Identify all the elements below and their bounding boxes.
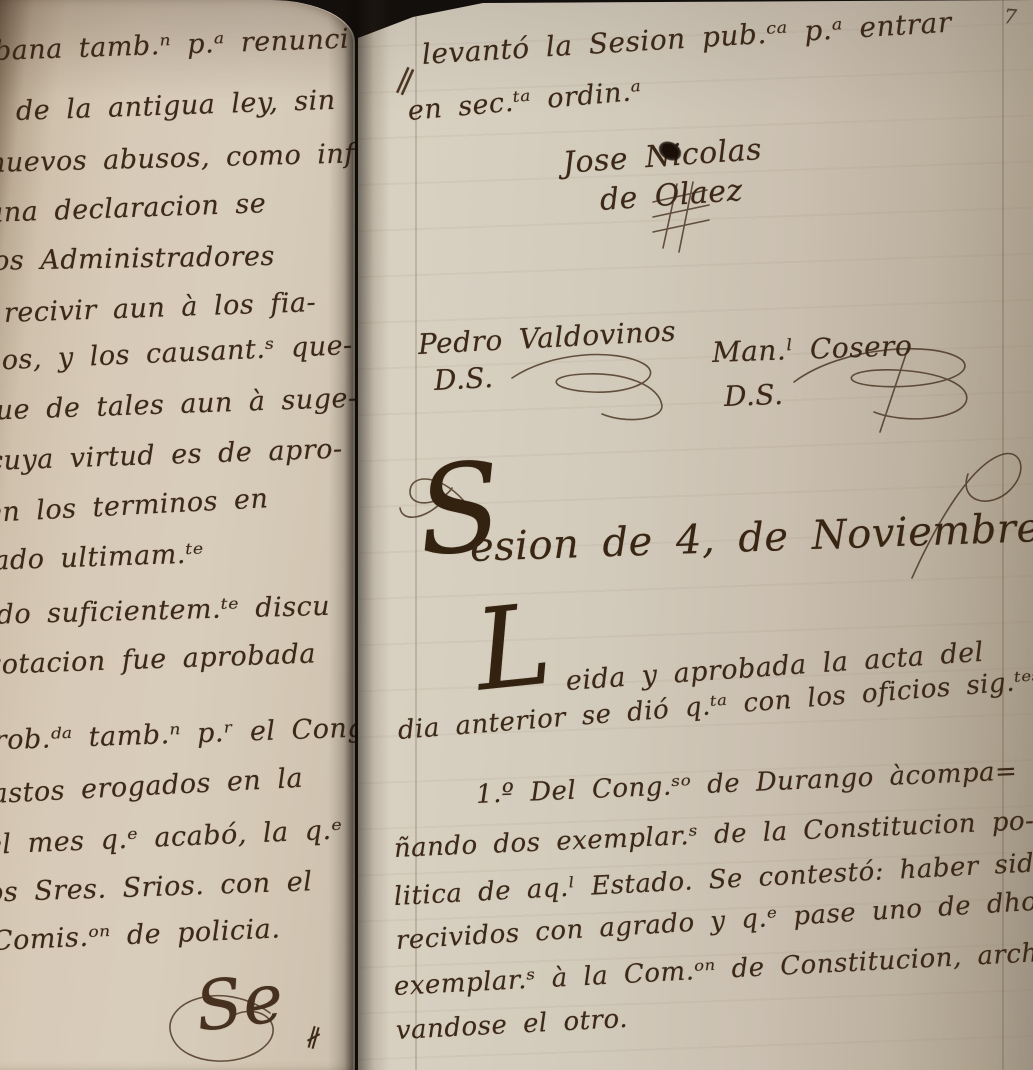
paragraph-initial: L	[470, 588, 556, 707]
left-page-line: ado suficientem.ᵗᵉ discu	[0, 591, 331, 633]
left-page-line: los Administradores	[0, 241, 275, 278]
left-page-line: que de tales aun à suge-	[0, 383, 355, 429]
signature-secretary-left-title: D.S.	[433, 361, 494, 398]
folio-number: 7	[1003, 4, 1018, 29]
left-page: bana tamb.ⁿ p.ᵃ renunci de la antigua le…	[0, 0, 355, 1070]
left-page-line: bana tamb.ⁿ p.ᵃ renunci	[0, 24, 350, 69]
left-page-line: dos, y los causant.ˢ que-	[0, 330, 353, 378]
left-page-line: nuevos abusos, como infa-	[0, 138, 355, 181]
left-page-line: el mes q.ᵉ acabó, la q.ᵉ	[0, 814, 343, 862]
left-page-line: los Sres. Srios. con el	[0, 866, 313, 910]
right-page: 7 ∥ levantó la Sesion pub.ᶜᵃ p.ᵃ entrar …	[358, 0, 1033, 1070]
closing-line: levantó la Sesion pub.ᶜᵃ p.ᵃ entrar	[421, 6, 953, 72]
left-page-line: en los terminos en	[0, 483, 269, 530]
catchword: Se	[191, 958, 288, 1050]
closing-line: en sec.ᵗᵃ ordin.ᵃ	[407, 76, 643, 129]
rubric-flourish-valdovinos	[506, 350, 666, 428]
left-page-line: votacion fue aprobada	[0, 638, 317, 682]
signature-secretary-right-name: Man.ˡ Cosero	[711, 329, 913, 370]
signature-president-surname: de Olaez	[599, 173, 744, 219]
body-line: 1.º Del Cong.ˢᵒ de Durango àcompa=	[475, 756, 1018, 811]
signature-secretary-right-title: D.S.	[723, 378, 784, 414]
left-page-line: tado ultimam.ᵗᵉ	[0, 538, 205, 578]
left-page-line: una declaracion se	[0, 188, 267, 230]
open-book-photo: bana tamb.ⁿ p.ᵃ renunci de la antigua le…	[0, 0, 1033, 1070]
left-page-line: prob.ᵈᵃ tamb.ⁿ p.ʳ el Cong.ˢᵒ	[0, 711, 355, 758]
body-line: vandose el otro.	[395, 1004, 629, 1047]
left-page-line: cuya virtud es de apro-	[0, 434, 343, 479]
left-page-line: gastos erogados en la	[0, 763, 304, 813]
left-page-line: Comis.ᵒⁿ de policia.	[0, 913, 281, 958]
left-page-line: de la antigua ley, sin	[15, 85, 336, 129]
left-page-line: recivir aun à los fia-	[3, 287, 316, 330]
